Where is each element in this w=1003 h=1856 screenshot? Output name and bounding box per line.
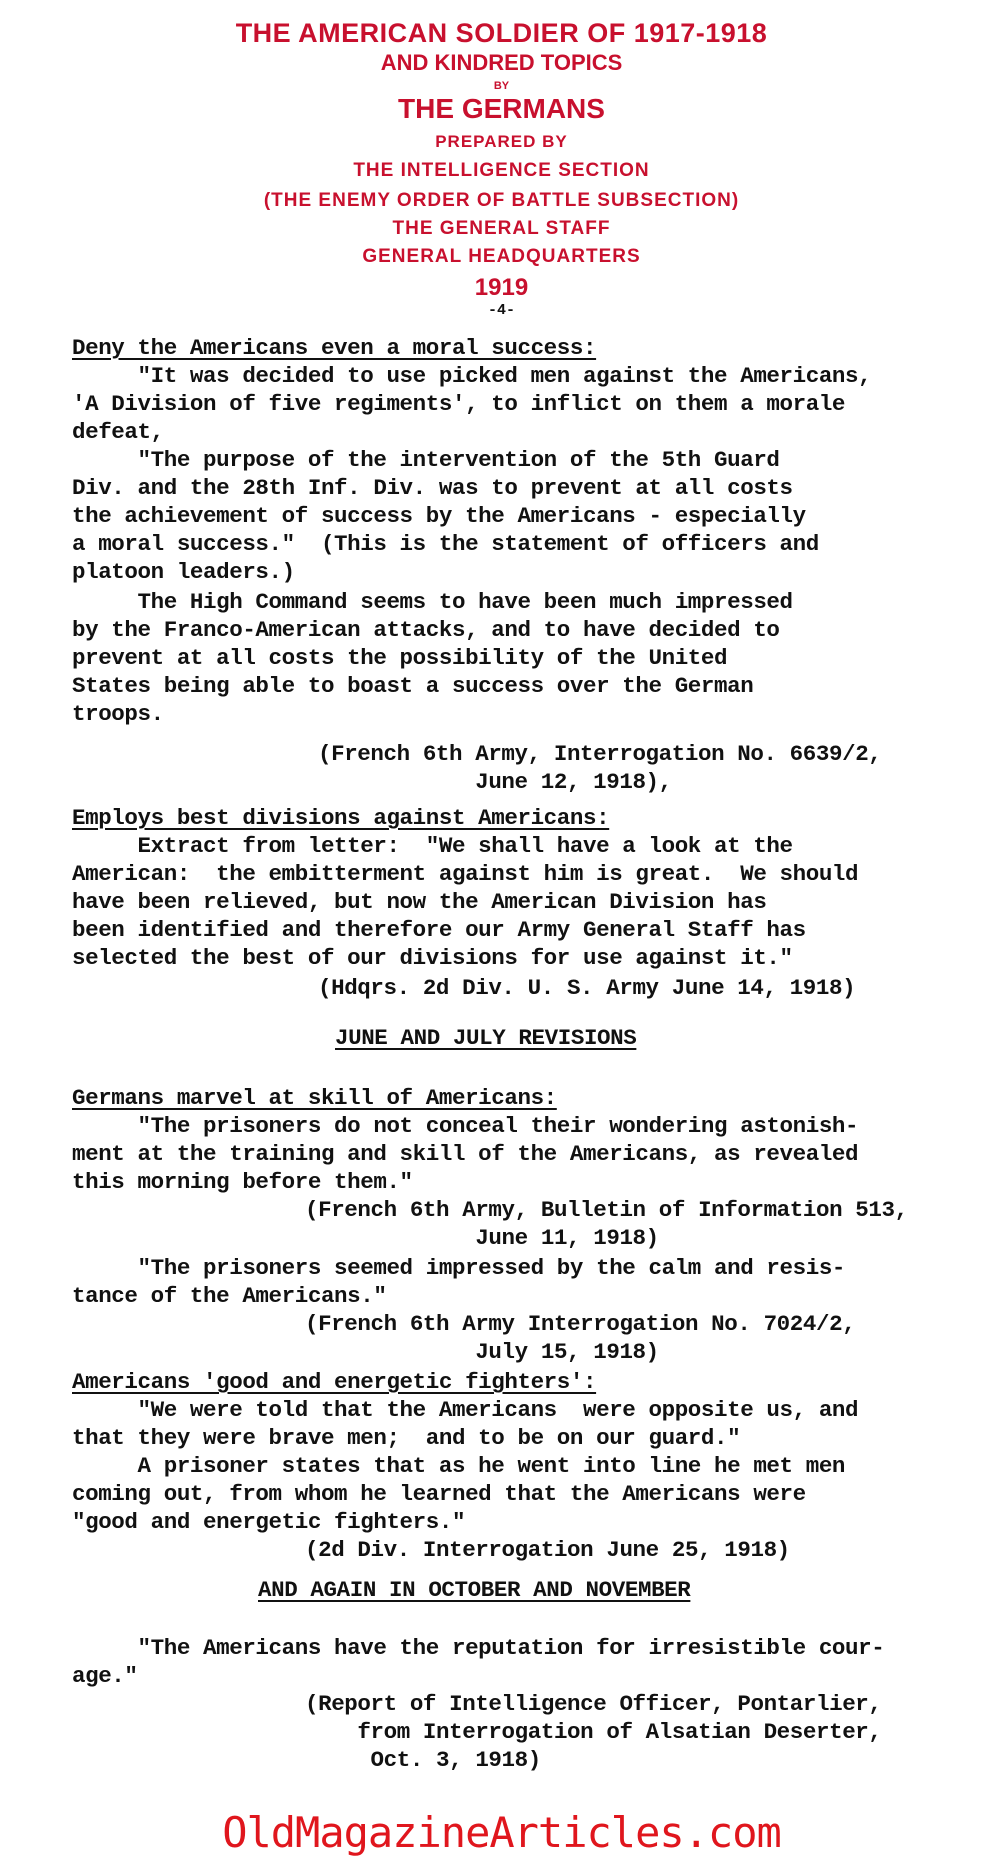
org-line-1: THE INTELLIGENCE SECTION — [0, 160, 1003, 182]
watermark: OldMagazineArticles.com — [0, 1808, 1003, 1856]
section-heading-skill: Germans marvel at skill of Americans: — [72, 1084, 557, 1112]
paragraph: "The prisoners do not conceal their wond… — [72, 1112, 858, 1196]
paragraph: "It was decided to use picked men agains… — [72, 362, 871, 446]
page-number: -4- — [0, 302, 1003, 319]
org-line-4: GENERAL HEADQUARTERS — [0, 246, 1003, 268]
paragraph: "The Americans have the reputation for i… — [72, 1634, 884, 1690]
prepared-by-label: PREPARED BY — [0, 132, 1003, 152]
citation: (French 6th Army, Interrogation No. 6639… — [318, 740, 881, 796]
citation: (2d Div. Interrogation June 25, 1918) — [305, 1536, 790, 1564]
author: THE GERMANS — [0, 93, 1003, 125]
by-label: BY — [0, 80, 1003, 92]
section-heading-best-divisions: Employs best divisions against Americans… — [72, 804, 609, 832]
citation: (French 6th Army, Bulletin of Informatio… — [305, 1196, 908, 1252]
citation: (French 6th Army Interrogation No. 7024/… — [305, 1310, 855, 1366]
org-line-2: (THE ENEMY ORDER OF BATTLE SUBSECTION) — [0, 190, 1003, 212]
paragraph: A prisoner states that as he went into l… — [72, 1452, 845, 1536]
title-line-1: THE AMERICAN SOLDIER OF 1917-1918 — [0, 18, 1003, 49]
org-line-3: THE GENERAL STAFF — [0, 218, 1003, 240]
year: 1919 — [0, 274, 1003, 302]
paragraph: "The purpose of the intervention of the … — [72, 446, 819, 586]
section-title-oct-nov: AND AGAIN IN OCTOBER AND NOVEMBER — [258, 1576, 690, 1604]
paragraph: "The prisoners seemed impressed by the c… — [72, 1254, 845, 1310]
section-heading-energetic-fighters: Americans 'good and energetic fighters': — [72, 1368, 596, 1396]
citation: (Report of Intelligence Officer, Pontarl… — [305, 1690, 882, 1774]
paragraph: "We were told that the Americans were op… — [72, 1396, 858, 1452]
section-heading-moral-success: Deny the Americans even a moral success: — [72, 334, 596, 362]
citation: (Hdqrs. 2d Div. U. S. Army June 14, 1918… — [318, 974, 855, 1002]
paragraph: Extract from letter: "We shall have a lo… — [72, 832, 858, 972]
paragraph: The High Command seems to have been much… — [72, 588, 793, 728]
title-line-2: AND KINDRED TOPICS — [0, 50, 1003, 76]
section-title-june-july: JUNE AND JULY REVISIONS — [335, 1024, 636, 1052]
